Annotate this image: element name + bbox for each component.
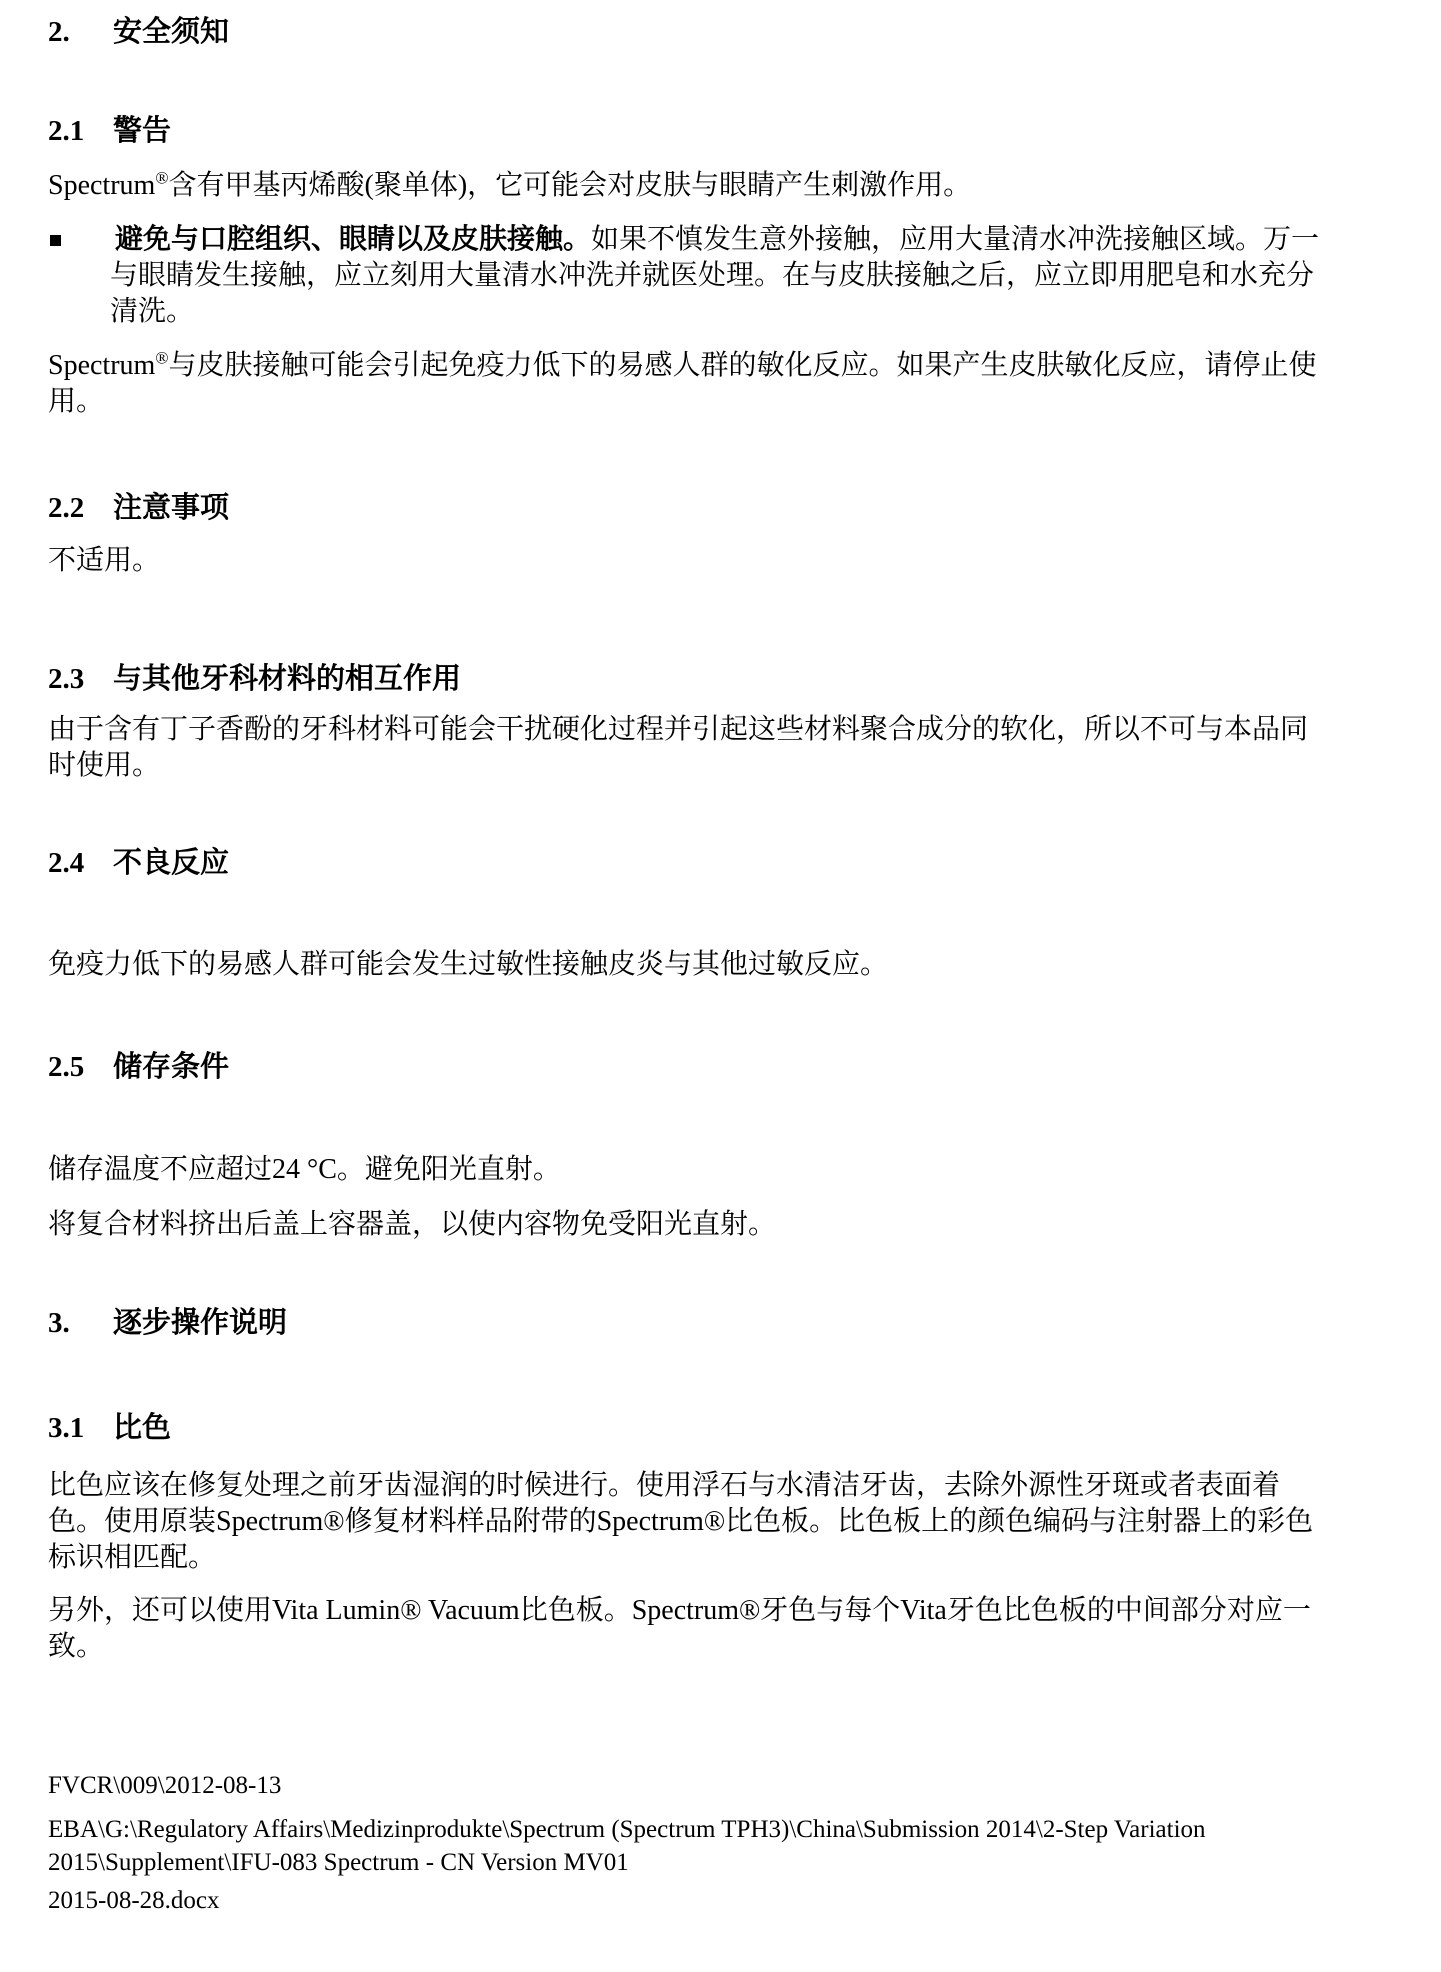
text-line: 时使用。	[48, 748, 1397, 784]
heading-number: 2.4	[48, 845, 113, 881]
document-page: 2.安全须知 2.1警告 Spectrum®含有甲基丙烯酸(聚单体)，它可能会对…	[0, 0, 1441, 1972]
registered-trademark-symbol: ®	[155, 349, 168, 368]
text-line: 免疫力低下的易感人群可能会发生过敏性接触皮炎与其他过敏反应。	[48, 947, 1397, 983]
section-heading-2-safety-notes: 2.安全须知	[48, 14, 1397, 50]
text-line: 由于含有丁子香酚的牙科材料可能会干扰硬化过程并引起这些材料聚合成分的软化，所以不…	[48, 712, 1397, 748]
registered-trademark-symbol: ®	[155, 169, 168, 188]
text-line: 致。	[48, 1629, 1397, 1665]
text-run: 含有甲基丙烯酸(聚单体)，它可能会对皮肤与眼睛产生刺激作用。	[169, 170, 972, 201]
section-heading-2-3-interactions: 2.3与其他牙科材料的相互作用	[48, 661, 1397, 697]
footer-path-line: 2015\Supplement\IFU-083 Spectrum - CN Ve…	[48, 1846, 1397, 1879]
paragraph-interaction: 由于含有丁子香酚的牙科材料可能会干扰硬化过程并引起这些材料聚合成分的软化，所以不…	[48, 712, 1397, 784]
text-run: 如果不慎发生意外接触，应用大量清水冲洗接触区域。万一	[591, 224, 1319, 255]
text-line: 标识相匹配。	[48, 1540, 1397, 1576]
heading-number: 2.2	[48, 490, 113, 526]
section-heading-3-1-shade-selection: 3.1比色	[48, 1410, 1397, 1446]
heading-text: 与其他牙科材料的相互作用	[113, 663, 461, 695]
section-heading-3-step-by-step: 3.逐步操作说明	[48, 1305, 1397, 1341]
brand-name: Spectrum	[48, 350, 155, 381]
section-heading-2-4-adverse-reactions: 2.4不良反应	[48, 845, 1397, 881]
heading-text: 注意事项	[113, 492, 229, 524]
heading-number: 2.3	[48, 661, 113, 697]
bullet-square-icon	[50, 235, 61, 246]
section-heading-2-5-storage: 2.5储存条件	[48, 1049, 1397, 1085]
text-line: Spectrum®含有甲基丙烯酸(聚单体)，它可能会对皮肤与眼睛产生刺激作用。	[48, 168, 1397, 204]
text-line: 色。使用原装Spectrum®修复材料样品附带的Spectrum®比色板。比色板…	[48, 1504, 1397, 1540]
footer-file-path: EBA\G:\Regulatory Affairs\Medizinprodukt…	[48, 1813, 1397, 1879]
heading-number: 3.	[48, 1305, 113, 1341]
text-line: 与眼睛发生接触，应立刻用大量清水冲洗并就医处理。在与皮肤接触之后，应立即用肥皂和…	[110, 258, 1397, 294]
brand-name: Spectrum	[48, 170, 155, 201]
text-line: 储存温度不应超过24 °C。避免阳光直射。	[48, 1152, 1397, 1188]
paragraph-storage-cap: 将复合材料挤出后盖上容器盖，以使内容物免受阳光直射。	[48, 1207, 1397, 1243]
paragraph-shade-matching: 比色应该在修复处理之前牙齿湿润的时候进行。使用浮石与水清洁牙齿，去除外源性牙斑或…	[48, 1468, 1397, 1576]
text-line: 清洗。	[110, 294, 1397, 330]
footer-file-name: 2015-08-28.docx	[48, 1884, 1397, 1917]
text-line: 避免与口腔组织、眼睛以及皮肤接触。如果不慎发生意外接触，应用大量清水冲洗接触区域…	[110, 222, 1397, 258]
bold-lead-text: 避免与口腔组织、眼睛以及皮肤接触。	[115, 224, 591, 255]
heading-text: 警告	[113, 115, 171, 147]
paragraph-sensitization: Spectrum®与皮肤接触可能会引起免疫力低下的易感人群的敏化反应。如果产生皮…	[48, 348, 1397, 420]
text-line: 比色应该在修复处理之前牙齿湿润的时候进行。使用浮石与水清洁牙齿，去除外源性牙斑或…	[48, 1468, 1397, 1504]
heading-text: 不良反应	[113, 847, 229, 879]
heading-number: 2.1	[48, 113, 113, 149]
section-heading-2-1-warning: 2.1警告	[48, 113, 1397, 149]
heading-number: 2.	[48, 14, 113, 50]
heading-text: 储存条件	[113, 1051, 229, 1083]
heading-number: 2.5	[48, 1049, 113, 1085]
paragraph-vita-shade: 另外，还可以使用Vita Lumin® Vacuum比色板。Spectrum®牙…	[48, 1593, 1397, 1665]
heading-number: 3.1	[48, 1410, 113, 1446]
heading-text: 比色	[113, 1412, 171, 1444]
bullet-item-avoid-contact: 避免与口腔组织、眼睛以及皮肤接触。如果不慎发生意外接触，应用大量清水冲洗接触区域…	[48, 222, 1397, 330]
section-heading-2-2-precautions: 2.2注意事项	[48, 490, 1397, 526]
text-line: 不适用。	[48, 543, 1397, 579]
heading-text: 安全须知	[113, 16, 229, 48]
text-line: 另外，还可以使用Vita Lumin® Vacuum比色板。Spectrum®牙…	[48, 1593, 1397, 1629]
text-line: 用。	[48, 384, 1397, 420]
paragraph-warning-intro: Spectrum®含有甲基丙烯酸(聚单体)，它可能会对皮肤与眼睛产生刺激作用。	[48, 168, 1397, 204]
paragraph-not-applicable: 不适用。	[48, 543, 1397, 579]
footer-path-line: EBA\G:\Regulatory Affairs\Medizinprodukt…	[48, 1813, 1397, 1846]
footer-doc-reference: FVCR\009\2012-08-13	[48, 1769, 1397, 1802]
text-line: 将复合材料挤出后盖上容器盖，以使内容物免受阳光直射。	[48, 1207, 1397, 1243]
paragraph-storage-temperature: 储存温度不应超过24 °C。避免阳光直射。	[48, 1152, 1397, 1188]
heading-text: 逐步操作说明	[113, 1307, 287, 1339]
text-run: 与皮肤接触可能会引起免疫力低下的易感人群的敏化反应。如果产生皮肤敏化反应，请停止…	[169, 350, 1317, 381]
paragraph-adverse: 免疫力低下的易感人群可能会发生过敏性接触皮炎与其他过敏反应。	[48, 947, 1397, 983]
text-line: Spectrum®与皮肤接触可能会引起免疫力低下的易感人群的敏化反应。如果产生皮…	[48, 348, 1397, 384]
